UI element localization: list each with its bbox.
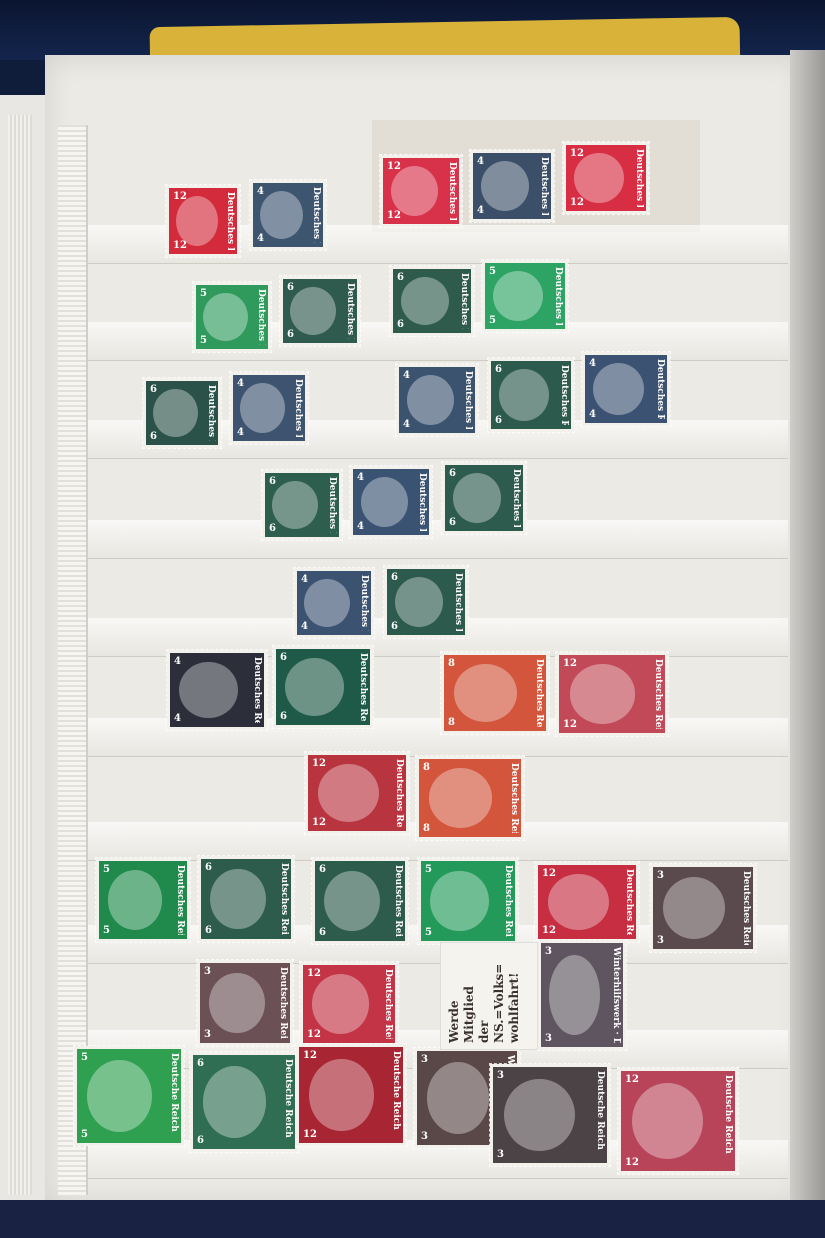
stamp: 5 5 Deutsches Reich: [482, 260, 568, 332]
stamp-value: 3: [657, 935, 664, 946]
stamp-value: 6: [319, 864, 326, 875]
stamp-inscription: Deutsches Reich: [559, 365, 569, 425]
stamp: 4 4 Deutsches Reich: [582, 352, 670, 426]
portrait-vignette: [290, 287, 336, 336]
stamp-inscription: Deutsches Reich: [206, 385, 216, 441]
portrait-vignette: [663, 877, 725, 939]
stamp-value: 6: [197, 1058, 204, 1069]
stamp-value: 4: [477, 205, 484, 216]
stamp-value: 6: [495, 364, 502, 375]
portrait-vignette: [153, 389, 198, 438]
stamp: 12 12 Deutsche Reich: [296, 1044, 406, 1146]
portrait-vignette: [499, 369, 549, 421]
stamp: 6 6 Deutsches Reich: [280, 276, 360, 346]
portrait-vignette: [504, 1079, 575, 1152]
stamp-value: 5: [103, 925, 110, 936]
stamp: 6 6 Deutsches Reich: [273, 646, 373, 728]
stamp: 12 12 Deutsches Reich: [556, 652, 668, 736]
stamp-value: 4: [301, 621, 308, 632]
stamp-value: 5: [425, 864, 432, 875]
portrait-vignette: [453, 473, 501, 523]
portrait-vignette: [454, 664, 517, 722]
stamp-inscription: Deutsches Reich: [278, 967, 288, 1039]
stamp-inscription: Deutsches Reich: [653, 659, 663, 729]
stamp: 12 12 Deutsches Reich: [380, 155, 462, 227]
stamp: 5 5 Deutsches Reich: [96, 858, 190, 942]
stamp-value: 6: [397, 319, 404, 330]
stamp-value: 6: [150, 431, 157, 442]
portrait-vignette: [240, 383, 285, 433]
stamp-inscription: Deutsches Reich: [175, 865, 185, 935]
stamp-inscription: Deutsches Reich: [447, 162, 457, 220]
page-edge: [790, 50, 825, 1210]
portrait-vignette: [632, 1083, 703, 1159]
stamp-value: 4: [174, 713, 181, 724]
stamp: 4 4 Deutsches Reich: [250, 180, 326, 250]
stamp-inscription: Deutsches Reich: [279, 863, 289, 935]
stamp-value: 12: [563, 719, 577, 730]
stamp-value: 12: [570, 148, 584, 159]
stamp-value: 12: [173, 240, 187, 251]
stamp: 8 8 Deutsches Reich: [416, 756, 524, 840]
stamp-inscription: Winterhilfswerk · Deutsche Reichspost: [611, 947, 621, 1043]
stamp: 12 12 Deutsches Reich: [166, 185, 240, 257]
portrait-vignette: [593, 363, 644, 415]
stamp-value: 6: [205, 925, 212, 936]
stamp-value: 3: [657, 870, 664, 881]
stamp-value: 12: [542, 868, 556, 879]
portrait-vignette: [429, 768, 492, 827]
stamp-inscription: Deutsches Reich: [293, 379, 303, 437]
stamp-value: 4: [174, 656, 181, 667]
stamp: 12 12 Deutsches Reich: [300, 962, 398, 1046]
stamp-inscription: Deutsches Reich: [624, 869, 634, 935]
stamp-value: 6: [280, 652, 287, 663]
stamp-inscription: Deutsches Reich: [359, 575, 369, 631]
stamp-inscription: Deutsches Reich: [256, 289, 266, 345]
portrait-vignette: [401, 277, 449, 326]
portrait-vignette: [272, 481, 318, 530]
portrait-vignette: [407, 375, 454, 425]
portrait-vignette: [203, 1066, 266, 1137]
stamp-inscription: Deutsches Reich: [503, 865, 513, 937]
portrait-vignette: [361, 477, 408, 527]
stamp-inscription: Deutsche Reich: [595, 1071, 605, 1159]
stamp-inscription: Deutsches Reich: [225, 192, 235, 250]
portrait-vignette: [210, 869, 266, 930]
stamp-value: 6: [449, 468, 456, 479]
stamp-inscription: Deutsches Reich: [463, 371, 473, 429]
stamp-value: 12: [625, 1074, 639, 1085]
stamp: 3 3 Deutsches Reich: [197, 960, 293, 1046]
stamp-value: 12: [563, 658, 577, 669]
portrait-vignette: [548, 874, 609, 930]
stamp-inscription: Deutsche Reich: [169, 1053, 179, 1139]
portrait-vignette: [549, 955, 600, 1034]
album-bottom-edge: [0, 1200, 825, 1238]
stamp: 6 6 Deutsches Reich: [488, 358, 574, 432]
stamp-value: 4: [357, 521, 364, 532]
stamp-value: 12: [542, 925, 556, 936]
portrait-vignette: [312, 974, 369, 1033]
stamp: 4 4 Deutsches Reich: [350, 466, 432, 538]
stamp-value: 4: [237, 378, 244, 389]
stamp-value: 5: [200, 288, 207, 299]
stamp-value: 4: [257, 186, 264, 197]
stamp: 4 4 Deutsches Reich: [396, 364, 478, 436]
stamp-value: 12: [307, 1029, 321, 1040]
stamp-value: 4: [357, 472, 364, 483]
stamp-value: 12: [173, 191, 187, 202]
stamp-value: 8: [448, 658, 455, 669]
stamp-inscription: Deutsches Reich: [553, 267, 563, 325]
stamp-value: 4: [589, 358, 596, 369]
portrait-vignette: [203, 293, 248, 342]
stamp: 5 5 Deutsches Reich: [418, 858, 518, 944]
stamp: 4 4 Deutsches Reich: [230, 372, 308, 444]
portrait-vignette: [570, 664, 636, 723]
portrait-vignette: [309, 1059, 373, 1132]
portrait-vignette: [391, 166, 438, 216]
portrait-vignette: [574, 153, 624, 203]
stamp-value: 8: [423, 823, 430, 834]
stamp: 6 6 Deutsche Reich: [190, 1052, 298, 1152]
stamp: 4 4 Deutsches Reich: [167, 650, 267, 730]
portrait-vignette: [285, 658, 343, 716]
stamp-value: 3: [204, 1029, 211, 1040]
stamp-value: 4: [403, 419, 410, 430]
portrait-vignette: [108, 870, 163, 929]
stamp-value: 6: [150, 384, 157, 395]
stamp-inscription: Deutsches Reich: [634, 149, 644, 207]
stock-strip: [88, 520, 788, 559]
stamp-inscription: Deutsches Reich: [459, 273, 469, 329]
stamp: 4 4 Deutsches Reich: [470, 150, 554, 222]
stamp-value: 6: [197, 1135, 204, 1146]
stamp-value: 6: [391, 572, 398, 583]
page-binding: [58, 125, 88, 1195]
stamp-value: 3: [545, 1033, 552, 1044]
stamp-value: 5: [103, 864, 110, 875]
stamp: 6 6 Deutsches Reich: [312, 858, 408, 944]
stamp-value: 3: [497, 1149, 504, 1160]
stamp-inscription: Deutsches Reich: [345, 283, 355, 339]
stamp-value: 6: [287, 329, 294, 340]
stamp-value: 6: [269, 476, 276, 487]
stamp: 5 5 Deutsche Reich: [74, 1046, 184, 1146]
stamp: 4 4 Deutsches Reich: [294, 568, 374, 638]
stamp: 12 12 Deutsche Reich: [618, 1068, 738, 1174]
stamp-value: 6: [391, 621, 398, 632]
stamp-inscription: Deutsches Reich: [393, 865, 403, 937]
stamp-value: 5: [489, 266, 496, 277]
portrait-vignette: [395, 577, 443, 627]
stamp: 6 6 Deutsches Reich: [384, 566, 468, 638]
stamp-value: 6: [319, 927, 326, 938]
stamp-value: 8: [423, 762, 430, 773]
stamp-value: 4: [589, 409, 596, 420]
stamp-value: 6: [269, 523, 276, 534]
stamp-value: 3: [421, 1054, 428, 1065]
stamp: 12 12 Deutsches Reich: [535, 862, 639, 942]
stamp: 6 6 Deutsches Reich: [262, 470, 342, 540]
stamp-value: 12: [307, 968, 321, 979]
stamp-value: 12: [303, 1129, 317, 1140]
portrait-vignette: [427, 1062, 489, 1133]
portrait-vignette: [318, 764, 379, 822]
portrait-vignette: [87, 1060, 151, 1131]
portrait-vignette: [481, 161, 529, 211]
stamp: 6 6 Deutsches Reich: [390, 266, 474, 336]
stamp-inscription: Deutsches Reich: [453, 573, 463, 631]
stamp: 3 3 Deutsches Reich: [650, 864, 756, 952]
stamp: 6 6 Deutsches Reich: [442, 462, 526, 534]
stamp-inscription: Deutsches Reich: [655, 359, 665, 419]
stamp-inscription: Deutsche Reich: [391, 1051, 401, 1139]
label-card: Werde Mitglied der NS.=Volks= wohlfahrt!: [440, 942, 538, 1050]
stamp-inscription: Deutsches Reich: [741, 871, 751, 945]
stamp: 8 8 Deutsches Reich: [441, 652, 549, 734]
stamp-value: 4: [403, 370, 410, 381]
portrait-vignette: [304, 579, 350, 628]
stamp-value: 12: [312, 817, 326, 828]
stamp-value: 5: [81, 1129, 88, 1140]
stamp-inscription: Deutsches Reich: [539, 157, 549, 215]
stamp-value: 6: [280, 711, 287, 722]
portrait-vignette: [179, 662, 237, 718]
portrait-vignette: [493, 271, 543, 321]
stamp-inscription: Deutsche Reich: [723, 1075, 733, 1167]
stamp-inscription: Deutsches Reich: [383, 969, 393, 1039]
stamp-inscription: Deutsches Reich: [358, 653, 368, 721]
stamp-value: 3: [497, 1070, 504, 1081]
portrait-vignette: [260, 191, 303, 240]
stamp-value: 6: [495, 415, 502, 426]
stamp-value: 5: [81, 1052, 88, 1063]
stamp-inscription: Deutsches Reich: [327, 477, 337, 533]
stamp-value: 3: [204, 966, 211, 977]
stamp-value: 4: [237, 427, 244, 438]
stamp-inscription: Deutsches Reich: [252, 657, 262, 723]
stamp-value: 12: [387, 161, 401, 172]
stamp-value: 6: [287, 282, 294, 293]
stamp-value: 8: [448, 717, 455, 728]
stamp-inscription: Deutsche Reich: [283, 1059, 293, 1145]
stamp-value: 12: [387, 210, 401, 221]
stamp-inscription: Deutsches Reich: [509, 763, 519, 833]
stamp-value: 4: [301, 574, 308, 585]
stamp: 3 3 Deutsche Reich: [490, 1064, 610, 1166]
stamp-value: 12: [625, 1157, 639, 1168]
portrait-vignette: [176, 196, 218, 246]
stamp: 12 12 Deutsches Reich: [563, 142, 649, 214]
stamp-value: 4: [477, 156, 484, 167]
stamp-value: 12: [303, 1050, 317, 1061]
stamp-inscription: Deutsches Reich: [417, 473, 427, 531]
stamp: 12 12 Deutsches Reich: [305, 752, 409, 834]
stamp-value: 5: [489, 315, 496, 326]
stamp-value: 12: [312, 758, 326, 769]
label-card-text: Werde Mitglied der NS.=Volks= wohlfahrt!: [441, 943, 528, 1049]
stamp-value: 3: [421, 1131, 428, 1142]
stamp-value: 12: [570, 197, 584, 208]
stamp-value: 6: [397, 272, 404, 283]
stamp: 3 3 Winterhilfswerk · Deutsche Reichspos…: [538, 940, 626, 1050]
portrait-vignette: [209, 973, 265, 1034]
portrait-vignette: [430, 871, 488, 932]
portrait-vignette: [324, 871, 380, 932]
stamp-value: 6: [205, 862, 212, 873]
stamp-inscription: Deutsches Reich: [511, 469, 521, 527]
stamp-inscription: Deutsches Reich: [311, 187, 321, 243]
stamp-value: 3: [545, 946, 552, 957]
stamp-inscription: Deutsches Reich: [394, 759, 404, 827]
stamp-value: 5: [200, 335, 207, 346]
stamp-value: 6: [449, 517, 456, 528]
stamp: 6 6 Deutsches Reich: [143, 378, 221, 448]
stamp: 6 6 Deutsches Reich: [198, 856, 294, 942]
stamp-inscription: Deutsches Reich: [534, 659, 544, 727]
stamp: 5 5 Deutsches Reich: [193, 282, 271, 352]
stamp-value: 4: [257, 233, 264, 244]
stamp-value: 5: [425, 927, 432, 938]
